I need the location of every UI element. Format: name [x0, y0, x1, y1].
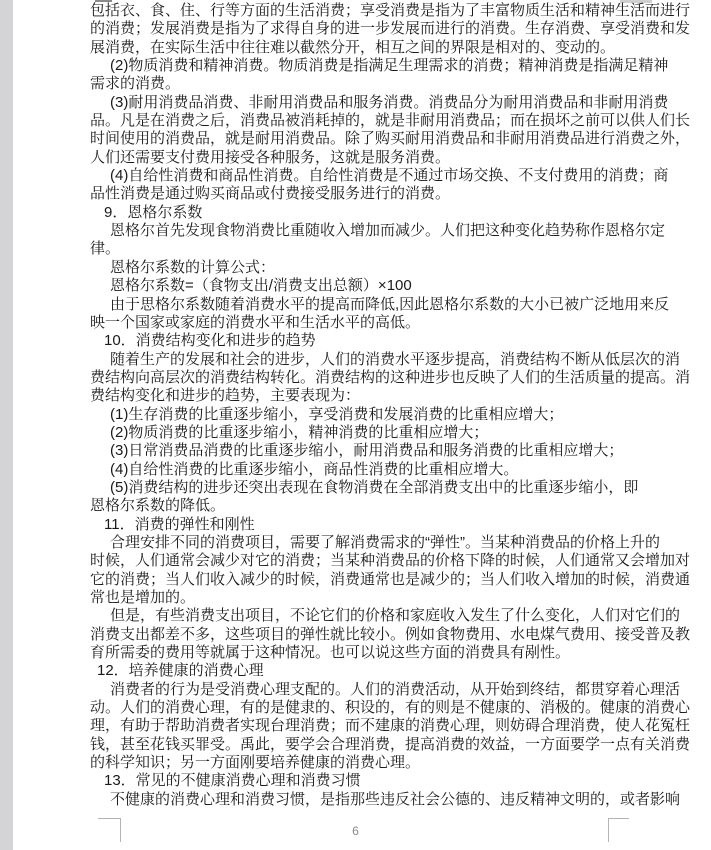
- text-line: 时间使用的消费品，就是耐用消费品。除了购买耐用消费品和非耐用消费品进行消费之外，: [90, 130, 640, 148]
- text-line: 恩格尔系数的降低。: [90, 497, 640, 515]
- text-line: 钱，甚至花钱买罪受。禹此，要学会合理消费，提高消费的效益，一方面要学一点有关消费: [90, 736, 640, 754]
- text-line: 它的消费；当人们收入减少的时候，消费通常也是减少的；当人们收入增加的时候，消费通: [90, 571, 640, 589]
- text-line: 13．常见的不健康消费心理和消费习惯: [90, 772, 640, 790]
- text-line: 恩格尔系数=（食物支出/消费支出总额）×100: [90, 277, 640, 295]
- text-line: 需求的消费。: [90, 75, 640, 93]
- text-line: 但是，有些消费支出项目，不论它们的价格和家庭收入发生了什么变化，人们对它们的: [90, 607, 640, 625]
- text-line: 人们还需要支付费用接受各种服务，这就是服务消费。: [90, 149, 640, 167]
- text-line: 理，有助于帮助消费者实现台理消费；而不建康的消费心理，则妨碍合理消费，使人花冤枉: [90, 717, 640, 735]
- text-line: 动。人们的消费心理，有的是健隶的、积设的，有的则是不健康的、消极的。健康的消费心: [90, 699, 640, 717]
- text-line: 品。凡是在消费之后，消费品被消耗掉的，就是非耐用消费品；而在损坏之前可以供人们长: [90, 112, 640, 130]
- margin-crop-mark: [98, 818, 121, 819]
- text-line: 12．培养健康的消费心理: [90, 662, 640, 680]
- text-line: (2)物质消费的比重逐步缩小，精神消费的比重相应增大；: [90, 424, 640, 442]
- text-line: (4)自给性消费的比重逐步缩小，商品性消费的比重相应增大。: [90, 461, 640, 479]
- text-line: 展消费，在实际生活中往往难以截然分开，相互之间的界限是相对的、变动的。: [90, 39, 640, 57]
- text-line: (2)物质消费和精神消费。物质消费是指满足生理需求的消费；精神消费是指满足精神: [90, 57, 640, 75]
- text-line: (3)耐用消费品消费、非耐用消费品和服务消费。消费品分为耐用消费品和非耐用消费: [90, 94, 640, 112]
- text-line: 费结构向高层次的消费结构转化。消费结构的这种进步也反映了人们的生活质量的提高。消: [90, 369, 640, 387]
- page-number: 6: [0, 823, 711, 839]
- text-line: 的科学知识；另一方面刚要培养健康的消费心理。: [90, 754, 640, 772]
- text-line: 恩格尔首先发现食物消费比重随收入增加而减少。人们把这种变化趋势称作恩格尔定: [90, 222, 640, 240]
- text-line: 品性消费是通过购买商品或付费接受服务进行的消费。: [90, 185, 640, 203]
- text-line: 合理安排不同的消费项目，需要了解消费需求的“弹性”。当某种消费品的价格上升的: [90, 534, 640, 552]
- text-line: 的消费；发展消费是指为了求得自身的进一步发展而进行的消费。生存消费、享受消费和发: [90, 20, 640, 38]
- text-line: 不健康的消费心理和消费习惯，是指那些违反社会公德的、违反精神文明的，或者影响: [90, 791, 640, 809]
- text-line: (1)生存消费的比重逐步缩小，享受消费和发展消费的比重相应增大；: [90, 406, 640, 424]
- text-line: (4)自给性消费和商品性消费。自给性消费是不通过市场交换、不支付费用的消费；商: [90, 167, 640, 185]
- text-line: 随着生产的发展和社会的进步，人们的消费水平逐步提高，消费结构不断从低层次的消: [90, 351, 640, 369]
- text-line: (3)日常消费品消费的比重逐步缩小，耐用消费品和服务消费的比重相应增大；: [90, 442, 640, 460]
- text-line: 消费者的行为是受消费心理支配的。人们的消费活动，从开始到终结，都贯穿着心理活: [90, 681, 640, 699]
- text-line: 包括衣、食、住、行等方面的生活消费；享受消费是指为了丰富物质生活和精神生活而进行: [90, 2, 640, 20]
- text-line: 9．恩格尔系数: [90, 204, 640, 222]
- text-line: 育所需委的费用等就属于这种情况。也可以说这些方面的消费具有剐性。: [90, 644, 640, 662]
- text-line: 10．消费结构变化和进步的趋势: [90, 332, 640, 350]
- document-page-view: 包括衣、食、住、行等方面的生活消费；享受消费是指为了丰富物质生活和精神生活而进行…: [0, 0, 711, 850]
- window-edge-strip: [0, 0, 13, 850]
- text-line: 11．消费的弹性和刚性: [90, 516, 640, 534]
- text-line: 由于思格尔系数随着消费水平的提高而降低,因此恩格尔系数的大小已被广泛地用来反: [90, 296, 640, 314]
- text-line: 消费支出都差不多，这些项目的弹性就比较小。例如食物费用、水电煤气费用、接受普及教: [90, 626, 640, 644]
- document-text-block: 包括衣、食、住、行等方面的生活消费；享受消费是指为了丰富物质生活和精神生活而进行…: [90, 2, 640, 809]
- text-line: 恩格尔系数的计算公式：: [90, 259, 640, 277]
- text-line: (5)消费结构的进步还突出表现在食物消费在全部消费支出中的比重逐步缩小，即: [90, 479, 640, 497]
- text-line: 律。: [90, 240, 640, 258]
- text-line: 常也是增加的。: [90, 589, 640, 607]
- text-line: 时候，人们通常会减少对它的消费；当某种消费品的价格下降的时候，人们通常又会增加对: [90, 552, 640, 570]
- text-line: 映一个国家或家庭的消费水平和生活水平的高低。: [90, 314, 640, 332]
- margin-crop-mark: [608, 818, 629, 819]
- text-line: 费结构变化和进步的趋势，主要表现为：: [90, 387, 640, 405]
